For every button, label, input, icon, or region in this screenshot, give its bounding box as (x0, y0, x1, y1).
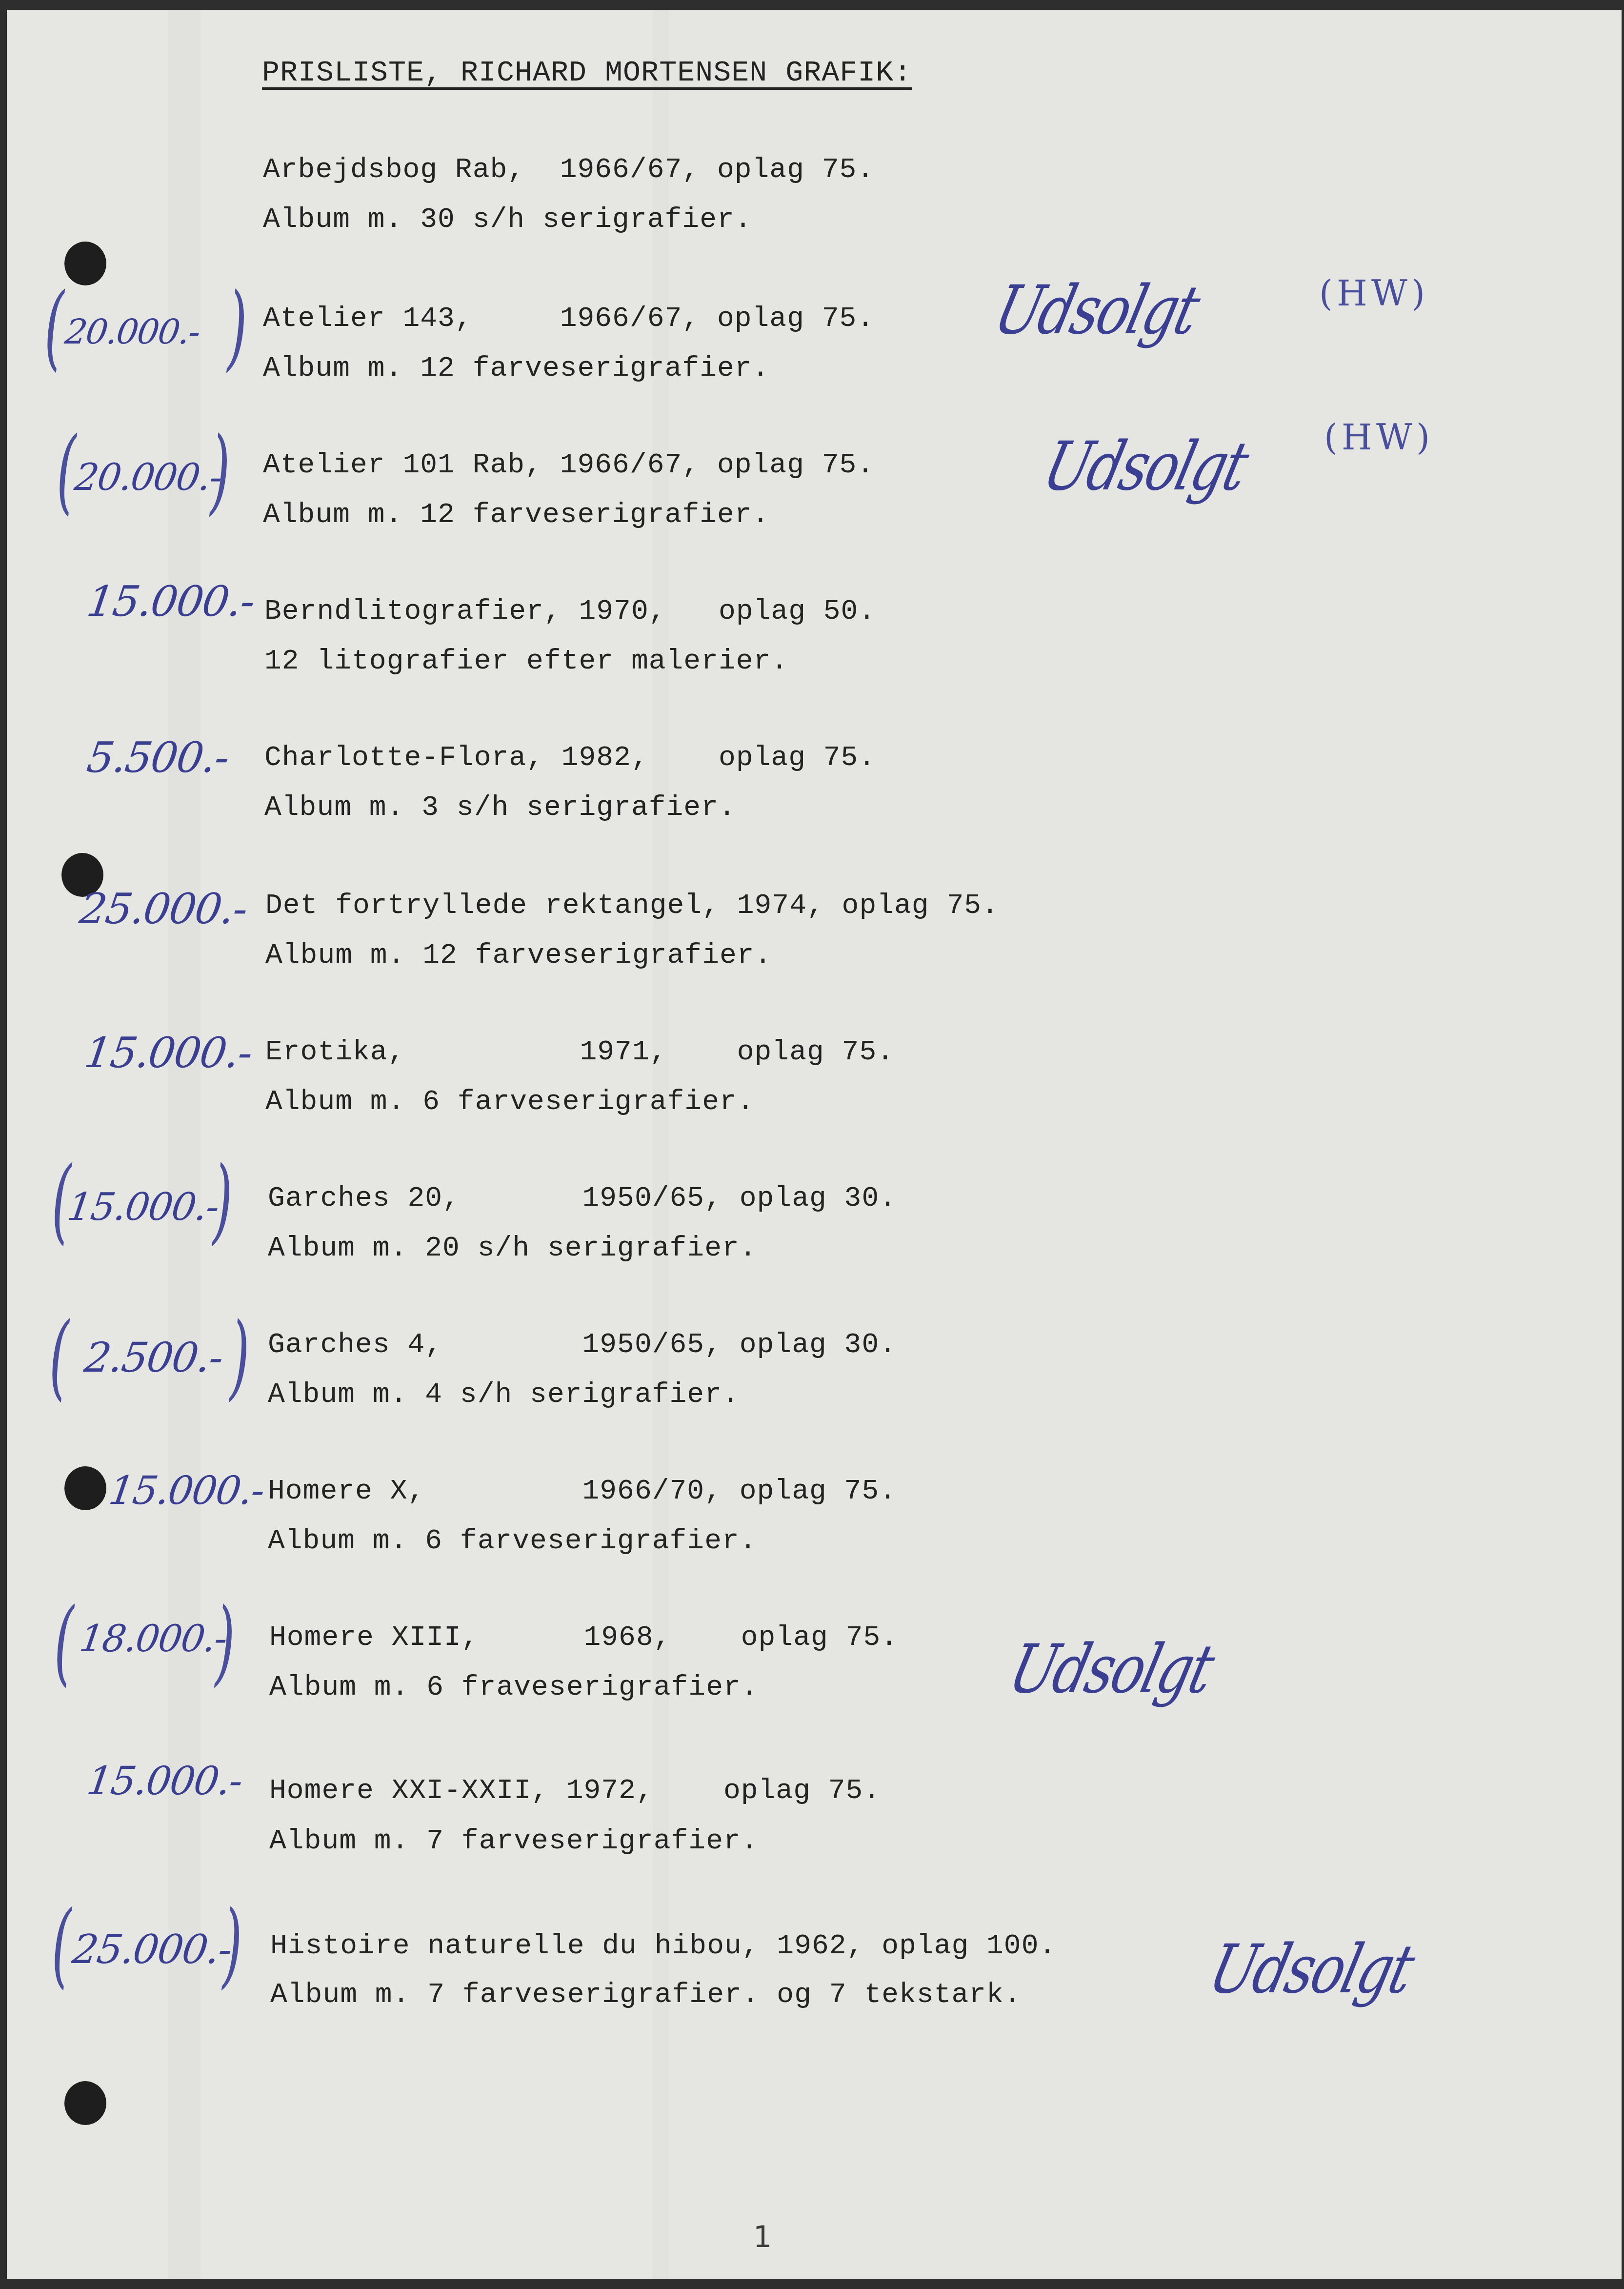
entry-description-line: Album m. 12 farveserigrafier. (265, 942, 772, 970)
entry-title-line: Atelier 143, 1966/67, oplag 75. (263, 305, 874, 333)
open-paren-annotation: ( (57, 425, 77, 517)
handwritten-price: 20.000.- (63, 315, 202, 349)
sold-out-annotation: Udsolgt (989, 276, 1204, 344)
entry-description-line: Album m. 6 farveserigrafier. (268, 1527, 757, 1556)
entry-description-line: Album m. 6 fraveserigrafier. (269, 1674, 759, 1702)
sold-out-annotation: Udsolgt (1003, 1635, 1219, 1702)
close-paren-annotation: ) (227, 281, 247, 373)
entry-description-line: Album m. 7 farveserigrafier. og 7 teksta… (270, 1981, 1022, 2009)
entry-title-line: Berndlitografier, 1970, oplag 50. (264, 598, 876, 626)
close-paren-annotation: ) (210, 425, 230, 517)
handwritten-price: 15.000.- (106, 1471, 266, 1510)
open-paren-annotation: ( (49, 1310, 69, 1403)
entry-description-line: Album m. 12 farveserigrafier. (263, 501, 769, 529)
sold-out-annotation: Udsolgt (1038, 432, 1253, 500)
handwritten-price: 2.500.- (82, 1337, 225, 1378)
entry-title-line: Homere XXI-XXII, 1972, oplag 75. (269, 1777, 881, 1805)
entry-description-line: Album m. 20 s/h serigrafier. (268, 1235, 757, 1263)
handwritten-price: 25.000.- (70, 1930, 234, 1970)
entry-title-line: Det fortryllede rektangel, 1974, oplag 7… (265, 892, 999, 920)
sold-out-annotation: Udsolgt (1203, 1935, 1419, 2003)
hw-annotation: (HW) (1324, 420, 1434, 455)
entry-description-line: Album m. 4 s/h serigrafier. (268, 1381, 740, 1409)
entry-description-line: Album m. 12 farveserigrafier. (263, 355, 769, 383)
entry-title-line: Garches 4, 1950/65, oplag 30. (268, 1331, 897, 1359)
entry-description-line: Album m. 7 farveserigrafier. (269, 1827, 759, 1856)
close-paren-annotation: ) (215, 1596, 235, 1688)
handwritten-price: 25.000.- (77, 888, 249, 930)
entry-title-line: Histoire naturelle du hibou, 1962, oplag… (270, 1932, 1056, 1961)
page-title: PRISLISTE, RICHARD MORTENSEN GRAFIK: (262, 59, 912, 88)
handwritten-price: 15.000.- (82, 1032, 254, 1074)
handwritten-price: 15.000.- (84, 1762, 244, 1801)
entry-title-line: Arbejdsbog Rab, 1966/67, oplag 75. (263, 156, 874, 184)
punch-hole (64, 2081, 106, 2125)
hw-annotation: (HW) (1319, 276, 1429, 311)
handwritten-price: 15.000.- (65, 1188, 221, 1226)
page-number: 1 (753, 2220, 772, 2254)
handwritten-price: 20.000.- (73, 459, 224, 496)
handwritten-price: 5.500.- (84, 737, 231, 779)
entry-title-line: Atelier 101 Rab, 1966/67, oplag 75. (263, 451, 874, 480)
entry-title-line: Homere X, 1966/70, oplag 75. (268, 1478, 897, 1506)
open-paren-annotation: ( (54, 1596, 74, 1688)
open-paren-annotation: ( (52, 1898, 72, 1991)
close-paren-annotation: ) (230, 1310, 250, 1403)
punch-hole (64, 1466, 106, 1510)
handwritten-price: 15.000.- (84, 581, 257, 623)
entry-title-line: Charlotte-Flora, 1982, oplag 75. (264, 744, 876, 772)
entry-description-line: Album m. 30 s/h serigrafier. (263, 206, 752, 234)
close-paren-annotation: ) (222, 1898, 242, 1991)
document-page: PRISLISTE, RICHARD MORTENSEN GRAFIK: Arb… (7, 10, 1622, 2279)
open-paren-annotation: ( (44, 281, 64, 373)
entry-title-line: Homere XIII, 1968, oplag 75. (269, 1624, 898, 1652)
entry-description-line: Album m. 3 s/h serigrafier. (264, 794, 736, 822)
entry-description-line: 12 litografier efter malerier. (264, 648, 788, 676)
entry-title-line: Garches 20, 1950/65, oplag 30. (268, 1185, 897, 1213)
handwritten-price: 18.000.- (78, 1620, 229, 1657)
punch-hole (64, 242, 106, 285)
close-paren-annotation: ) (213, 1154, 233, 1247)
entry-title-line: Erotika, 1971, oplag 75. (265, 1038, 894, 1067)
entry-description-line: Album m. 6 farveserigrafier. (265, 1088, 755, 1116)
